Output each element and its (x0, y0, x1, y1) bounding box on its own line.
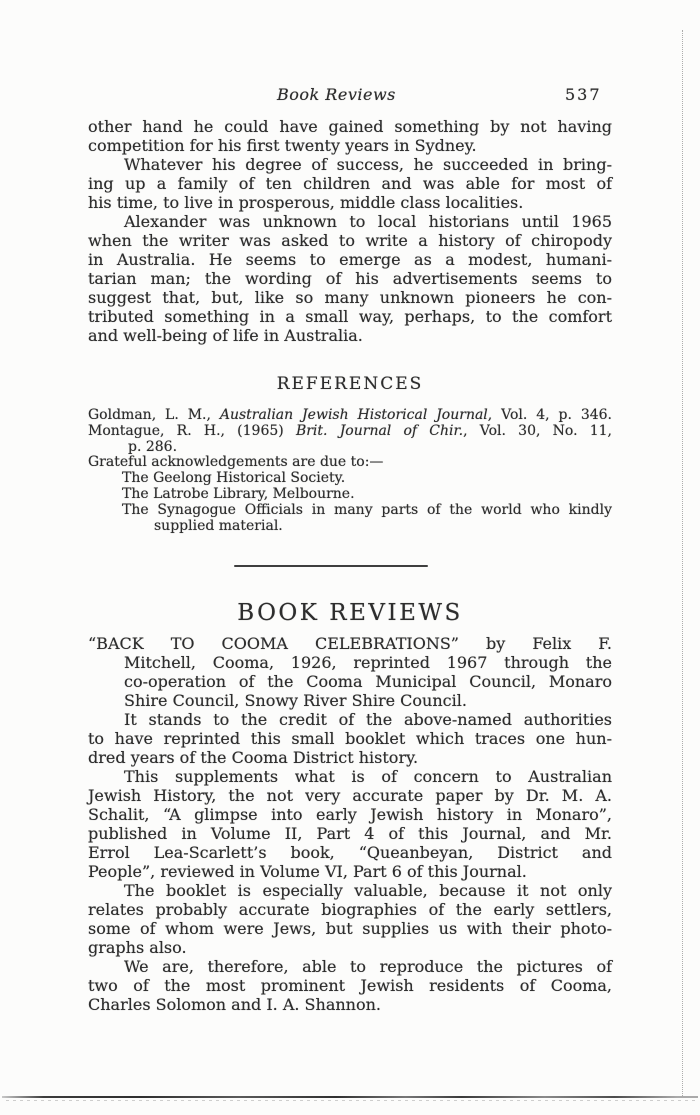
running-head: Book Reviews 537 (0, 85, 700, 107)
text-line: This supplements what is of concern to A… (88, 767, 612, 786)
text-line: his time, to live in prosperous, middle … (88, 193, 612, 212)
text-line: Errol Lea-Scarlett’s book, “Queanbeyan, … (88, 843, 612, 862)
paragraph: Whatever his degree of success, he succe… (88, 155, 612, 212)
text-line: in Australia. He seems to emerge as a mo… (88, 250, 612, 269)
text-line: Charles Solomon and I. A. Shannon. (88, 995, 612, 1014)
page-edge-bottom-line (2, 1096, 698, 1098)
text-line: Alexander was unknown to local historian… (88, 212, 612, 231)
text-line: tributed something in a small way, perha… (88, 307, 612, 326)
running-title: Book Reviews (277, 85, 396, 104)
text-line: Mitchell, Cooma, 1926, reprinted 1967 th… (88, 653, 612, 672)
reference-text: The Geelong Historical Society. (122, 470, 345, 486)
text-line: competition for his first twenty years i… (88, 136, 612, 155)
paragraph: “BACK TO COOMA CELEBRATIONS” by Felix F.… (88, 634, 612, 710)
paragraph: It stands to the credit of the above-nam… (88, 710, 612, 767)
reference-text: p. 286. (128, 439, 177, 455)
text-line: co-operation of the Cooma Municipal Coun… (88, 672, 612, 691)
reference-line: p. 286. (88, 440, 612, 456)
text-line: and well-being of life in Australia. (88, 326, 612, 345)
text-line: It stands to the credit of the above-nam… (88, 710, 612, 729)
reference-line: The Latrobe Library, Melbourne. (88, 487, 612, 503)
reference-text: The Synagogue Officials in many parts of… (122, 502, 612, 518)
text-line: suggest that, but, like so many unknown … (88, 288, 612, 307)
text-line: “BACK TO COOMA CELEBRATIONS” by Felix F. (88, 634, 612, 653)
text-line: two of the most prominent Jewish residen… (88, 976, 612, 995)
reference-text: Grateful acknowledgements are due to:— (88, 454, 383, 470)
paragraph: Alexander was unknown to local historian… (88, 212, 612, 345)
review-section: “BACK TO COOMA CELEBRATIONS” by Felix F.… (88, 634, 612, 1014)
reference-line: Grateful acknowledgements are due to:— (88, 455, 612, 471)
text-line: relates probably accurate biographies of… (88, 900, 612, 919)
text-line: other hand he could have gained somethin… (88, 117, 612, 136)
text-line: some of whom were Jews, but supplies us … (88, 919, 612, 938)
paragraph: other hand he could have gained somethin… (88, 117, 612, 155)
reference-text: Goldman, L. M., (88, 407, 220, 423)
text-line: tarian man; the wording of his advertise… (88, 269, 612, 288)
paragraph: We are, therefore, able to reproduce the… (88, 957, 612, 1014)
references-list: Goldman, L. M., Australian Jewish Histor… (88, 408, 612, 534)
references-heading: REFERENCES (88, 374, 612, 394)
reference-italic-text: Brit. Journal of Chir. (296, 423, 463, 439)
text-line: Shire Council, Snowy River Shire Council… (88, 691, 612, 710)
page-number: 537 (565, 85, 602, 104)
page-edge-right-line (682, 30, 683, 1096)
reference-line: Montague, R. H., (1965) Brit. Journal of… (88, 424, 612, 440)
reference-text: The Latrobe Library, Melbourne. (122, 486, 355, 502)
article-continuation-section: other hand he could have gained somethin… (88, 117, 612, 345)
text-line: graphs also. (88, 938, 612, 957)
reference-text: Montague, R. H., (1965) (88, 423, 296, 439)
section-divider (234, 565, 428, 567)
reference-italic-text: Australian Jewish Historical Journal (220, 407, 488, 423)
scanned-book-page: Book Reviews 537 other hand he could hav… (0, 0, 700, 1115)
book-reviews-heading: BOOK REVIEWS (88, 600, 612, 626)
reference-line: The Synagogue Officials in many parts of… (88, 503, 612, 519)
reference-line: Goldman, L. M., Australian Jewish Histor… (88, 408, 612, 424)
reference-text: , Vol. 30, No. 11, (463, 423, 612, 439)
text-line: to have reprinted this small booklet whi… (88, 729, 612, 748)
text-line: when the writer was asked to write a his… (88, 231, 612, 250)
paragraph: The booklet is especially valuable, beca… (88, 881, 612, 957)
reference-text: , Vol. 4, p. 346. (488, 407, 612, 423)
text-line: ing up a family of ten children and was … (88, 174, 612, 193)
paragraph: This supplements what is of concern to A… (88, 767, 612, 881)
reference-line: supplied material. (88, 519, 612, 535)
reference-line: The Geelong Historical Society. (88, 471, 612, 487)
text-line: We are, therefore, able to reproduce the… (88, 957, 612, 976)
page-edge-bottom-fuzz-line (6, 1100, 696, 1101)
text-column: other hand he could have gained somethin… (88, 117, 612, 1014)
text-line: dred years of the Cooma District history… (88, 748, 612, 767)
text-line: Jewish History, the not very accurate pa… (88, 786, 612, 805)
text-line: Whatever his degree of success, he succe… (88, 155, 612, 174)
text-line: Schalit, “A glimpse into early Jewish hi… (88, 805, 612, 824)
reference-text: supplied material. (154, 518, 283, 534)
text-line: published in Volume II, Part 4 of this J… (88, 824, 612, 843)
text-line: The booklet is especially valuable, beca… (88, 881, 612, 900)
text-line: People”, reviewed in Volume VI, Part 6 o… (88, 862, 612, 881)
